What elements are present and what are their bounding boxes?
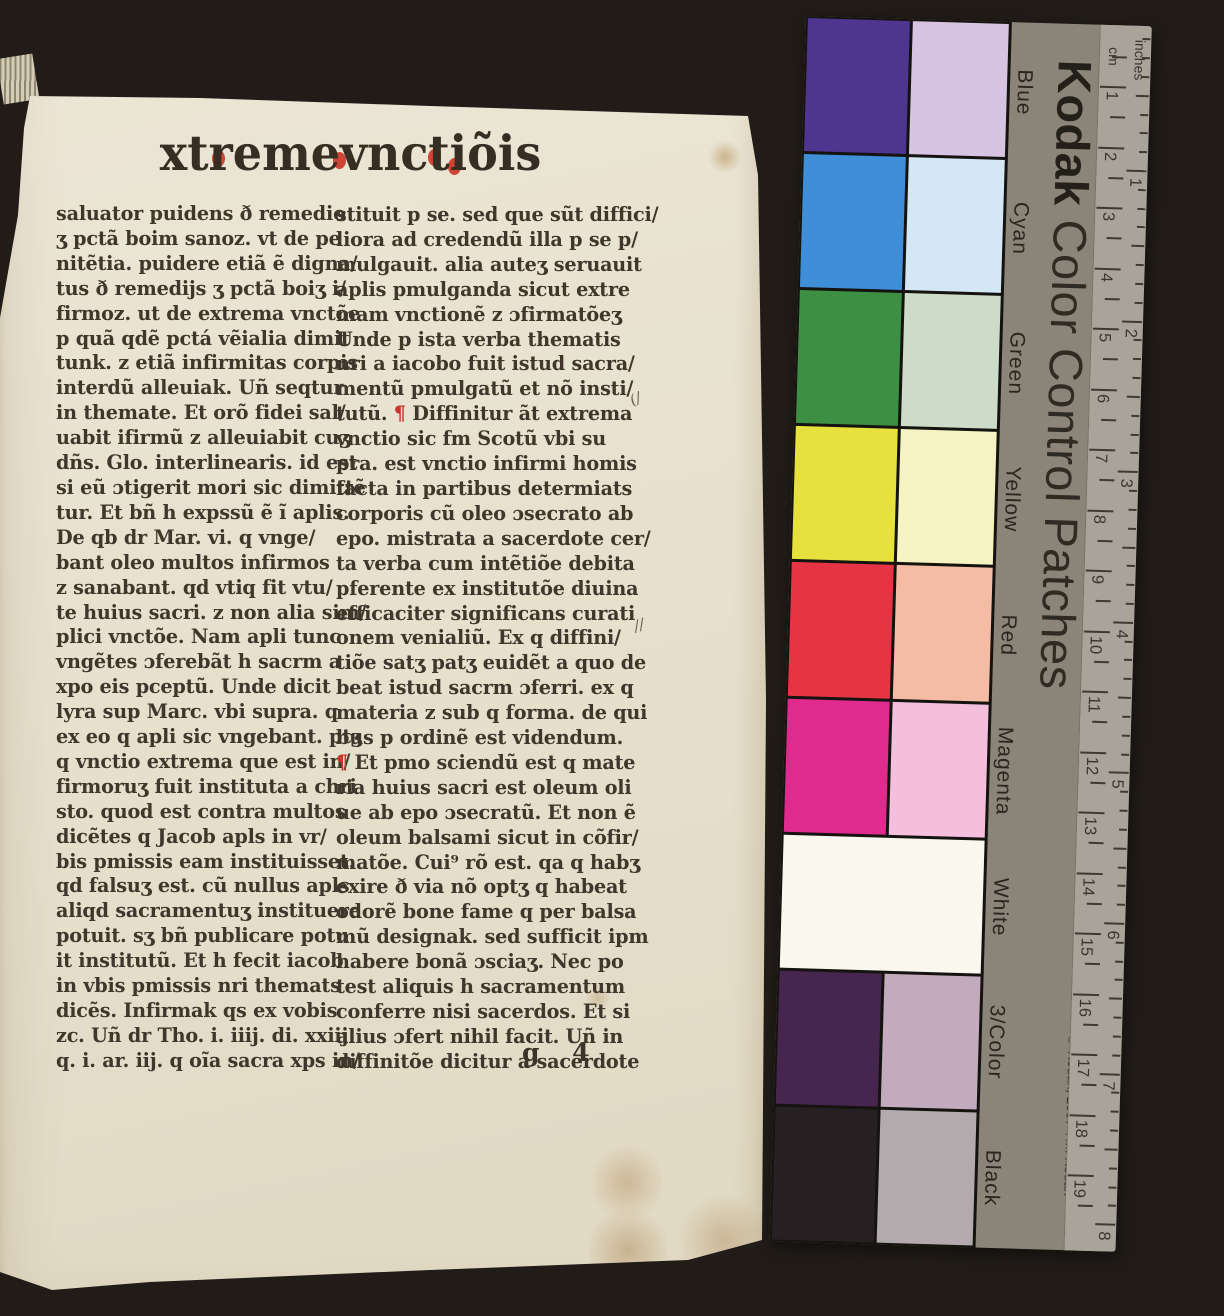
ruler-tick-halfcm [1108, 177, 1123, 179]
ruler-tick-inch-fraction [1111, 1111, 1119, 1113]
ruler-number-cm-2: 2 [1100, 151, 1119, 161]
ruler-tick-halfcm [1107, 237, 1122, 239]
ruler-tick-halfcm [1092, 721, 1107, 723]
book-page: xtremevnctiõis saluator puidens ð remedi… [0, 0, 794, 1316]
color-patch-cyan [905, 157, 1005, 293]
color-patch-blue [804, 18, 910, 154]
color-patch-yellow [792, 426, 898, 562]
ruler-tick-inch-fraction [1128, 527, 1136, 529]
ruler-number-cm-12: 12 [1082, 756, 1102, 775]
ruler-tick-inch-fraction [1115, 979, 1123, 981]
color-patch-magenta [889, 701, 989, 837]
color-patch-red [893, 565, 993, 701]
ruler-tick-halfcm [1110, 116, 1125, 118]
ruler-tick-inch-fraction [1133, 358, 1141, 360]
ruler-tick-halfcm [1112, 56, 1127, 58]
ruler-tick-inch-fraction [1113, 847, 1126, 849]
ruler-tick-inch-fraction [1112, 1054, 1120, 1056]
ruler-number-cm-17: 17 [1073, 1058, 1093, 1077]
ruler-tick-inch-fraction [1131, 415, 1139, 417]
color-patch-3-color [776, 970, 882, 1106]
ruler-tick-inch-fraction [1137, 226, 1145, 228]
color-patch-cyan [800, 154, 906, 290]
ruler-tick-inch-fraction [1121, 753, 1129, 755]
ruler-tick-inch-fraction [1117, 885, 1125, 887]
color-patch-green [901, 293, 1001, 429]
color-patch-yellow [897, 429, 997, 565]
ruler-tick-inch-fraction [1108, 1205, 1116, 1207]
ruler-tick-inch-fraction [1110, 1130, 1118, 1132]
ruler-tick-halfcm [1085, 963, 1100, 965]
running-title: xtremevnctiõis [160, 124, 528, 182]
ruler-tick-inch-fraction [1139, 151, 1147, 153]
ruler-tick-halfcm [1096, 600, 1111, 602]
ruler-number-cm-13: 13 [1080, 816, 1100, 835]
ruler-tick-halfcm [1094, 661, 1109, 663]
ruler-tick-inch-fraction [1141, 76, 1149, 78]
ruler-number-cm-14: 14 [1078, 877, 1098, 896]
ruler-tick-halfcm [1098, 540, 1113, 542]
ruler-tick-inch-fraction [1122, 546, 1135, 548]
paper-stain [680, 1190, 770, 1290]
ruler-number-inch-8: 8 [1094, 1231, 1113, 1241]
ruler-tick-inch-fraction [1122, 716, 1130, 718]
ruler-tick-inch-fraction [1117, 904, 1125, 906]
ruler-tick-inch-fraction [1129, 490, 1137, 492]
ruler-number-cm-7: 7 [1091, 454, 1110, 464]
ruler-tick-inch-fraction [1137, 208, 1145, 210]
color-patch-grid [770, 16, 1012, 1248]
ruler-tick-inch-fraction [1127, 565, 1135, 567]
color-patch-3-color [881, 974, 981, 1110]
ruler-tick-halfcm [1083, 1023, 1098, 1025]
ruler-tick-inch-fraction [1113, 1017, 1121, 1019]
ruler-tick-inch-fraction [1119, 829, 1127, 831]
ruler-number-cm-15: 15 [1076, 937, 1096, 956]
patch-label-white: White [987, 877, 1013, 936]
ruler-tick-halfcm [1078, 1205, 1093, 1207]
ruler-tick-inch-fraction [1109, 1167, 1117, 1169]
color-patch-white [780, 834, 985, 973]
color-patch-blue [909, 21, 1009, 157]
ruler-tick-halfcm [1101, 419, 1116, 421]
ruler-tick-inch-fraction [1125, 640, 1133, 642]
ruler-tick-inch-fraction [1115, 960, 1123, 962]
ruler-number-cm-18: 18 [1071, 1119, 1091, 1138]
ruler-tick-inch-fraction [1130, 452, 1138, 454]
patch-label-green: Green [1003, 332, 1029, 396]
ruler-tick-inch-fraction [1136, 95, 1149, 97]
text-column-left: saluator puidens ð remedioʒ pctã boim sa… [56, 202, 340, 1074]
ruler-tick-inch-fraction [1135, 302, 1143, 304]
ruler-tick-halfcm [1103, 358, 1118, 360]
patch-label-magenta: Magenta [990, 726, 1017, 815]
text-column-right: stituit p se. sed que sũt diffici/liora … [336, 203, 632, 1075]
ruler-number-cm-16: 16 [1074, 998, 1094, 1017]
ruler-tick-inch-fraction [1120, 810, 1128, 812]
ruler-number-cm-10: 10 [1085, 635, 1105, 654]
ruler-tick-inch-fraction [1126, 584, 1134, 586]
ruler-tick-halfcm [1080, 1144, 1095, 1146]
patch-label-red: Red [995, 614, 1020, 656]
ruler-number-cm-11: 11 [1083, 696, 1103, 714]
color-patch-magenta [784, 698, 890, 834]
ruler-tick-inch-fraction [1135, 283, 1143, 285]
ruler-tick-inch-fraction [1140, 132, 1148, 134]
ruler-tick-halfcm [1087, 902, 1102, 904]
photograph-of-incunabulum-page-with-color-target: xtremevnctiõis saluator puidens ð remedi… [0, 0, 1224, 1316]
ruler-tick-inch-fraction [1113, 1035, 1121, 1037]
ruler-tick-halfcm [1105, 298, 1120, 300]
ruler-tick-halfcm [1099, 479, 1114, 481]
ruler-tick-inch-fraction [1132, 377, 1140, 379]
page-edge-shading [736, 110, 776, 1250]
ruler-tick-inch-fraction [1133, 339, 1141, 341]
marginal-pen-mark: // [631, 615, 646, 635]
patch-label-3-color: 3/Color [983, 1005, 1009, 1080]
paper-stain [708, 140, 742, 174]
color-patch-green [796, 290, 902, 426]
ruler-tick-inch-fraction [1131, 433, 1139, 435]
ruler-tick-inch-fraction [1118, 866, 1126, 868]
kodak-color-control-strip: BlueCyanGreenYellowRedMagentaWhite3/Colo… [770, 16, 1151, 1252]
ruler-number-inch-6: 6 [1103, 930, 1122, 940]
ruler-tick-inch-fraction [1118, 697, 1131, 699]
ruler-tick-inch-fraction [1140, 113, 1148, 115]
ruler-tick-inch-fraction [1104, 1148, 1117, 1150]
ruler-number-cm-6: 6 [1093, 393, 1112, 403]
ruler-tick-inch-fraction [1127, 396, 1140, 398]
color-patch-red [788, 562, 894, 698]
ruler-tick-inch-fraction [1111, 1092, 1119, 1094]
ruler-tick-inch-fraction [1138, 189, 1146, 191]
ruler-tick-inch-fraction [1124, 659, 1132, 661]
ruler-tick-inch-fraction [1126, 603, 1134, 605]
quire-signature: g 4 [522, 1038, 602, 1067]
ruler-number-cm-8: 8 [1089, 514, 1108, 524]
ruler-tick-inch-fraction [1108, 1186, 1116, 1188]
ruler-number-cm-9: 9 [1087, 575, 1106, 585]
ruler-number-cm-5: 5 [1094, 333, 1113, 343]
patch-label-yellow: Yellow [999, 466, 1025, 533]
ruler-tick-inch-fraction [1131, 245, 1144, 247]
ruler-tick-inch-fraction [1128, 509, 1136, 511]
ruler-number-inch-7: 7 [1098, 1081, 1117, 1091]
ruler-number-inch-2: 2 [1121, 328, 1140, 338]
color-patch-black [772, 1106, 878, 1242]
ruler-tick-inch-fraction [1116, 941, 1124, 943]
ruler-number-cm-3: 3 [1098, 212, 1117, 222]
paper-stain [588, 1205, 668, 1295]
patch-label-blue: Blue [1011, 69, 1036, 116]
ruler-number-inch-4: 4 [1112, 629, 1131, 639]
ruler-tick-halfcm [1081, 1084, 1096, 1086]
kodak-logo-text: Kodak [1044, 59, 1101, 207]
ruler-tick-inch-fraction [1123, 678, 1131, 680]
patch-label-cyan: Cyan [1007, 201, 1033, 255]
ruler-number-cm-19: 19 [1069, 1179, 1089, 1198]
ruler-tick-inch-fraction [1142, 57, 1150, 59]
ruler-number-cm-1: 1 [1102, 91, 1121, 101]
ruler-tick-inch-fraction [1136, 264, 1144, 266]
ruler-tick-inch-fraction [1122, 734, 1130, 736]
ruler-tick-inch-fraction [1120, 791, 1128, 793]
patch-label-black: Black [979, 1150, 1005, 1207]
color-patch-black [877, 1110, 977, 1246]
ruler-inches-label: inches [1131, 40, 1148, 81]
ruler-number-cm-4: 4 [1096, 272, 1115, 282]
ruler-tick-halfcm [1089, 842, 1104, 844]
ruler-number-inch-1: 1 [1125, 178, 1144, 188]
ruler-tick-inch-fraction [1142, 38, 1150, 40]
ruler-number-inch-3: 3 [1116, 479, 1135, 489]
ruler-number-inch-5: 5 [1107, 780, 1126, 790]
ruler-tick-inch-fraction [1109, 998, 1122, 1000]
ruler-tick-halfcm [1090, 782, 1105, 784]
